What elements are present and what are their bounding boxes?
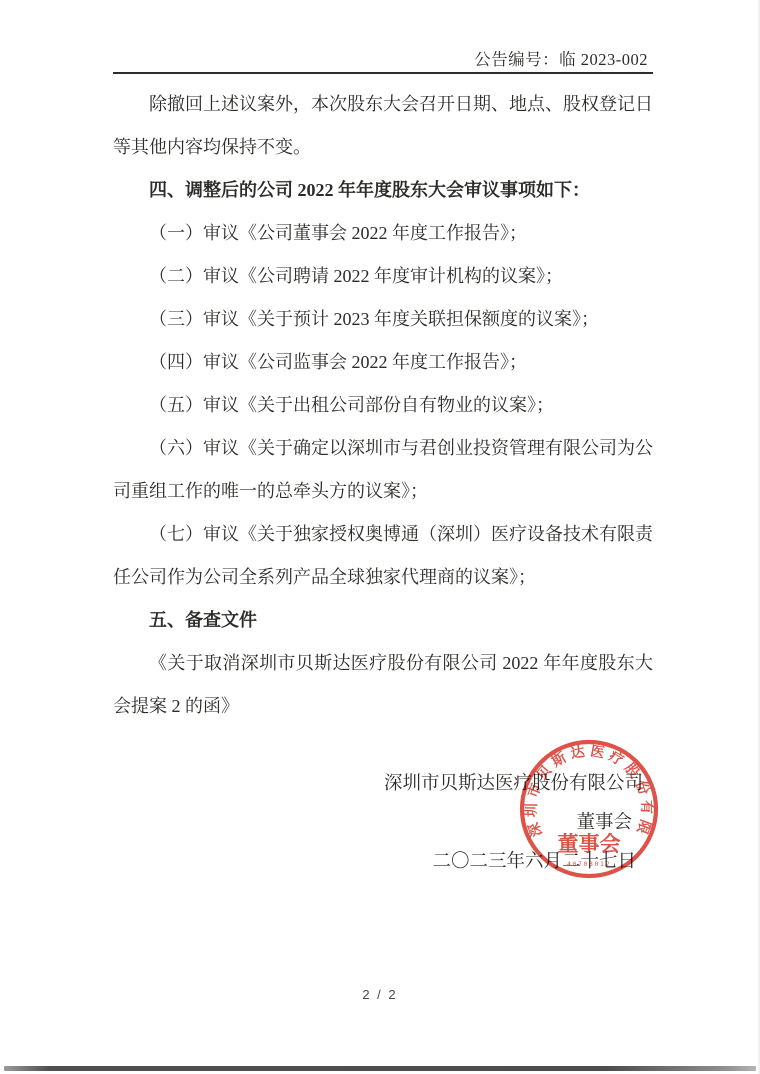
signature-block: 深圳市贝斯达医疗股份有限公司 董事会 二〇二三年六月二十七日 [384, 765, 643, 882]
reference-document: 《关于取消深圳市贝斯达医疗股份有限公司 2022 年年度股东大会提案 2 的函》 [113, 642, 653, 728]
header-divider [113, 72, 653, 74]
scan-bottom-edge [4, 1066, 756, 1071]
document-body: 除撤回上述议案外，本次股东大会召开日期、地点、股权登记日等其他内容均保持不变。 … [113, 83, 653, 728]
document-page: 公告编号：临 2023-002 除撤回上述议案外，本次股东大会召开日期、地点、股… [0, 0, 760, 1074]
agenda-item-3: （三）审议《关于预计 2023 年度关联担保额度的议案》； [113, 298, 653, 341]
page-number: 2 / 2 [0, 987, 760, 1002]
agenda-item-4: （四）审议《公司监事会 2022 年度工作报告》； [113, 341, 653, 384]
agenda-item-2: （二）审议《公司聘请 2022 年度审计机构的议案》； [113, 255, 653, 298]
section5-heading: 五、备查文件 [113, 599, 653, 642]
agenda-item-5: （五）审议《关于出租公司部份自有物业的议案》； [113, 384, 653, 427]
announcement-number: 公告编号：临 2023-002 [474, 46, 648, 70]
agenda-item-6: （六）审议《关于确定以深圳市与君创业投资管理有限公司为公司重组工作的唯一的总牵头… [113, 427, 653, 513]
agenda-item-1: （一）审议《公司董事会 2022 年度工作报告》； [113, 212, 653, 255]
signature-board: 董事会 [384, 804, 643, 843]
section4-heading: 四、调整后的公司 2022 年年度股东大会审议事项如下： [113, 169, 653, 212]
signature-company: 深圳市贝斯达医疗股份有限公司 [384, 765, 643, 804]
intro-paragraph: 除撤回上述议案外，本次股东大会召开日期、地点、股权登记日等其他内容均保持不变。 [113, 83, 653, 169]
signature-date: 二〇二三年六月二十七日 [384, 843, 643, 882]
agenda-item-7: （七）审议《关于独家授权奥博通（深圳）医疗设备技术有限责任公司作为公司全系列产品… [113, 513, 653, 599]
